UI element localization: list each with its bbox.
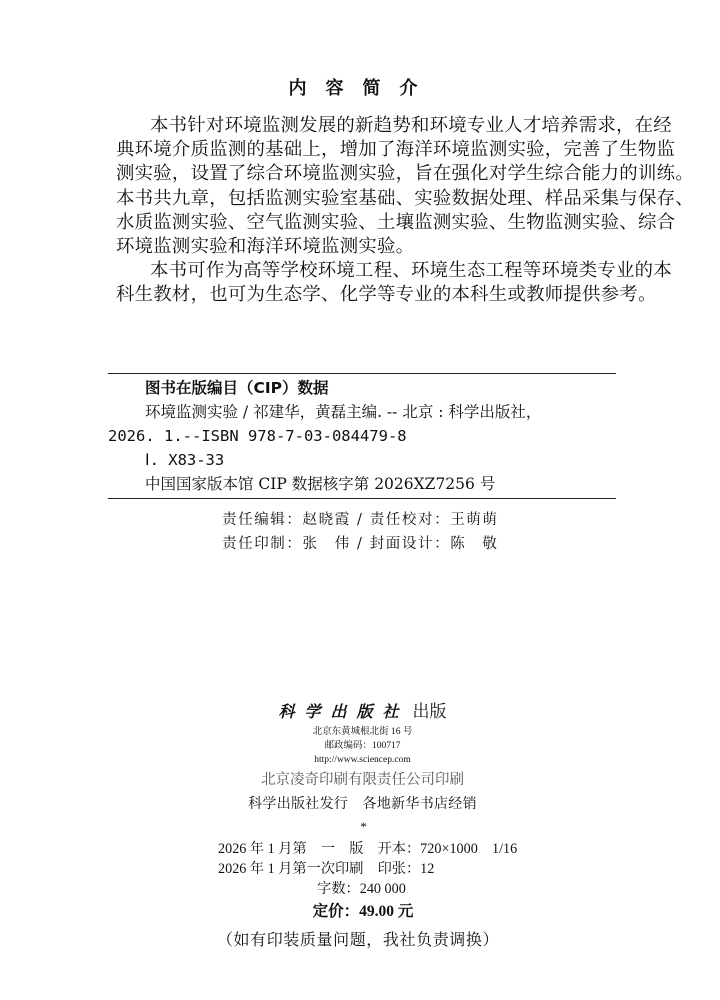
cip-verification: 中国国家版本馆 CIP 数据核字第 2026XZ7256 号 [108, 472, 618, 496]
summary-line: 本书针对环境监测发展的新趋势和环境专业人才培养需求，在经 [116, 114, 616, 138]
publisher-suffix: 出版 [413, 702, 447, 722]
cip-classification: Ⅰ. X83-33 [108, 448, 618, 472]
cip-entry-line: 环境监测实验 / 祁建华，黄磊主编. -- 北京 : 科学出版社， [108, 400, 618, 424]
cip-bottom-rule [108, 498, 616, 499]
edition-line: 2026 年 1 月第 一 版 开本：720×1000 1/16 [218, 839, 517, 859]
publisher-website: http://www.sciencep.com [0, 754, 720, 768]
editorial-credits: 责任编辑：赵晓霞 / 责任校对：王萌萌 责任印制：张 伟 / 封面设计：陈 敬 [222, 508, 499, 556]
separator-asterisk: * [0, 819, 720, 835]
summary-body: 本书针对环境监测发展的新趋势和环境专业人才培养需求，在经 典环境介质监测的基础上… [116, 114, 616, 308]
summary-line: 本书可作为高等学校环境工程、环境生态工程等环境类专业的本 [116, 259, 616, 283]
printing-line: 2026 年 1 月第一次印刷 印张：12 [218, 859, 434, 879]
summary-line: 本书共九章，包括监测实验室基础、实验数据处理、样品采集与保存、 [116, 187, 616, 211]
summary-title: 内容简介 [0, 76, 720, 102]
word-count: 字数：240 000 [0, 879, 720, 899]
printer-line: 北京凌奇印刷有限责任公司印刷 [0, 770, 720, 790]
distribution-line: 科学出版社发行 各地新华书店经销 [0, 794, 720, 814]
quality-notice: （如有印装质量问题，我社负责调换） [0, 928, 716, 952]
credits-line-production: 责任印制：张 伟 / 封面设计：陈 敬 [222, 532, 499, 556]
summary-line: 测实验，设置了综合环境监测实验，旨在强化对学生综合能力的训练。 [116, 162, 616, 186]
cip-top-rule [108, 373, 616, 374]
summary-line: 科生教材，也可为生态学、化学等专业的本科生或教师提供参考。 [116, 283, 616, 307]
cip-block: 图书在版编目（CIP）数据 环境监测实验 / 祁建华，黄磊主编. -- 北京 :… [108, 376, 618, 496]
summary-line: 典环境介质监测的基础上，增加了海洋环境监测实验，完善了生物监 [116, 138, 616, 162]
summary-line: 环境监测实验和海洋环境监测实验。 [116, 235, 616, 259]
summary-line: 水质监测实验、空气监测实验、土壤监测实验、生物监测实验、综合 [116, 211, 616, 235]
cip-heading: 图书在版编目（CIP）数据 [108, 376, 618, 400]
publisher-address: 北京东黄城根北街 16 号 [0, 726, 720, 740]
publisher-row: 科学出版社出版 [0, 700, 720, 724]
publisher-postcode: 邮政编码：100717 [0, 740, 720, 754]
cip-isbn-line: 2026. 1.--ISBN 978-7-03-084479-8 [108, 424, 618, 448]
publisher-logo: 科学出版社 [278, 702, 408, 721]
credits-line-editors: 责任编辑：赵晓霞 / 责任校对：王萌萌 [222, 508, 499, 532]
price: 定价：49.00 元 [0, 901, 720, 923]
